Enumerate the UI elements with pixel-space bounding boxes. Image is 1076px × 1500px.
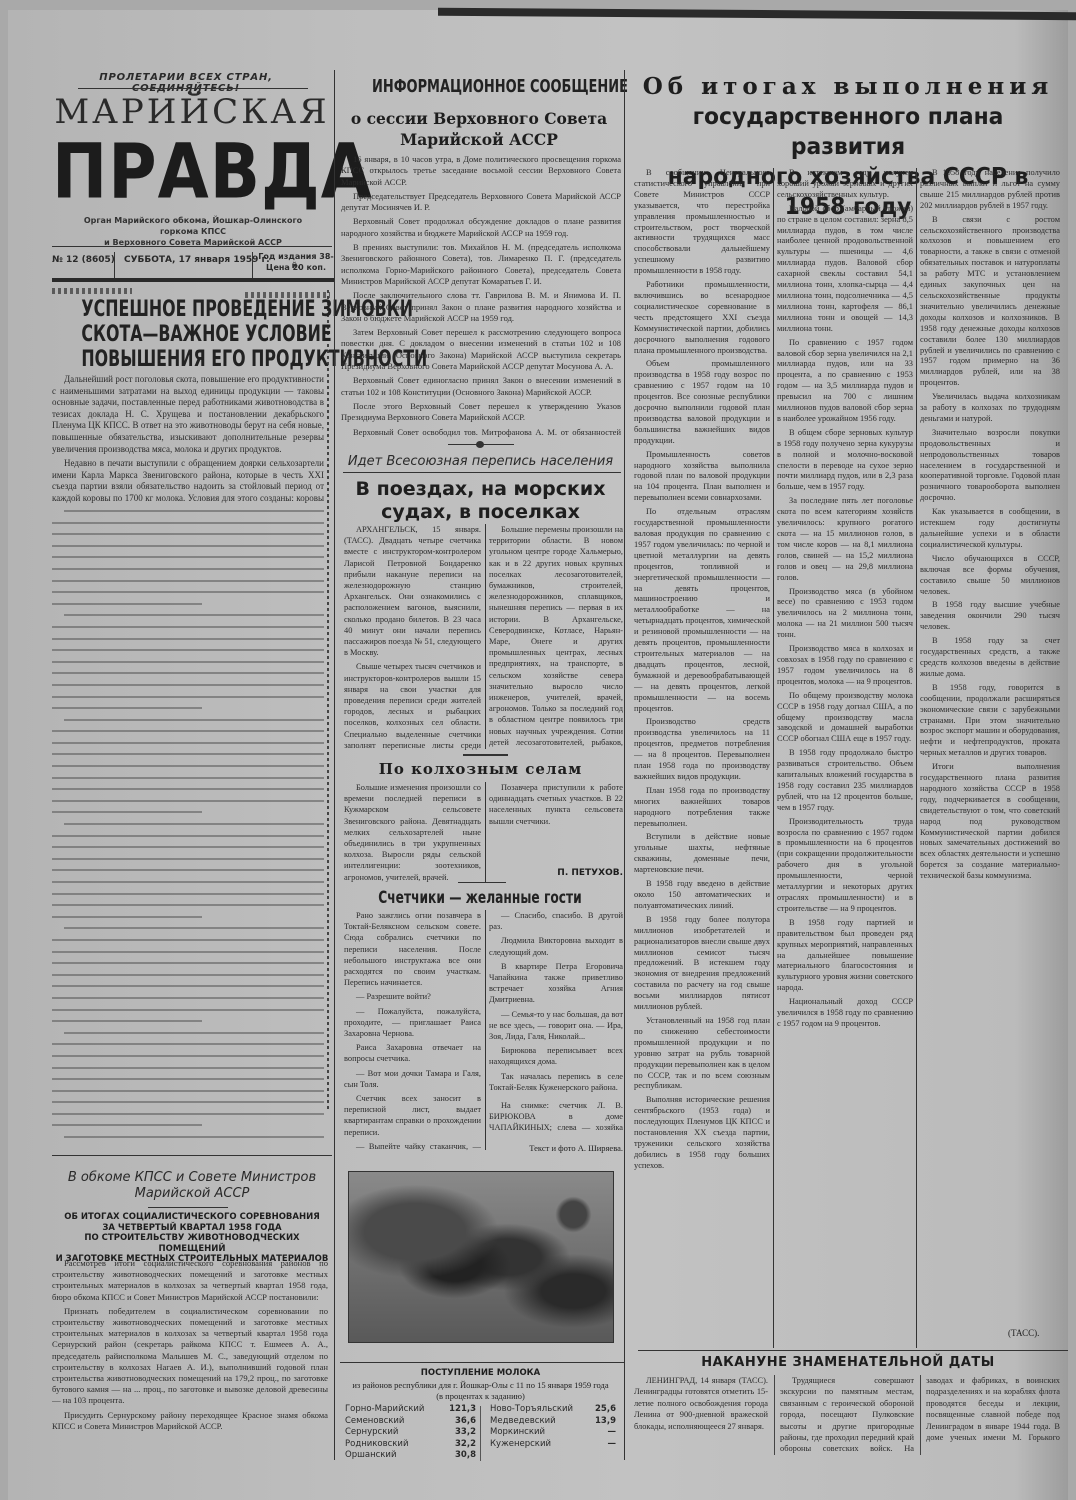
text-line: [52, 985, 324, 987]
paragraph: Трудящиеся совершают экскурсии по памятн…: [780, 1375, 1060, 1455]
text-line: [52, 603, 202, 605]
paragraph: Промышленность советов народного хозяйст…: [634, 450, 770, 505]
text-line: [52, 591, 324, 593]
milk-percent: 121,3: [442, 1404, 478, 1416]
milk-percent: 25,6: [589, 1404, 618, 1416]
issue-divider: [114, 252, 115, 278]
text-line: [52, 881, 324, 883]
census-kicker: Идет Всесоюзная перепись населения: [338, 454, 623, 469]
paragraph: Бирюкова переписывает всех находящихся д…: [489, 1045, 623, 1067]
newspaper-page: ПРОЛЕТАРИИ ВСЕХ СТРАН, СОЕДИНЯЙТЕСЬ! МАР…: [8, 10, 1068, 1500]
masthead-title-line1: МАРИЙСКАЯ: [52, 92, 332, 132]
kolkhoz-article-col1: Большие изменения произошли со времени п…: [344, 782, 481, 882]
text-line: [52, 661, 324, 663]
milk-table-row: Сернурский33,2: [343, 1427, 478, 1439]
milk-table-subtitle: из районов республики для г. Йошкар-Олы …: [338, 1380, 623, 1401]
obkom-kicker: В обкоме КПСС и Совете Министров Марийск…: [52, 1170, 332, 1202]
issue-bar-top-rule: [52, 246, 332, 247]
text-line: [52, 835, 324, 837]
milk-table-row: Моркинский—: [488, 1427, 618, 1439]
milk-table-title: ПОСТУПЛЕНИЕ МОЛОКА: [338, 1368, 623, 1378]
photo-credit: Текст и фото А. Ширяева.: [489, 1143, 623, 1153]
text-line: [52, 904, 324, 906]
plan-article-col2: В истекшем году получен хороший урожай з…: [777, 168, 913, 1348]
paragraph: Итоги выполнения государственного плана …: [920, 762, 1060, 882]
text-line: [64, 614, 324, 616]
subtitle-line: (в процентах к заданию): [338, 1391, 623, 1402]
section-rule: [340, 1362, 624, 1363]
trains-article-col1: АРХАНГЕЛЬСК, 15 января. (ТАСС). Двадцать…: [344, 524, 481, 750]
paragraph: Установленный на 1958 год план по снижен…: [634, 1016, 770, 1092]
text-line: [52, 846, 324, 848]
paragraph: В 1958 году более полутора миллионов изо…: [634, 915, 770, 1013]
session-headline-top: ИНФОРМАЦИОННОЕ СООБЩЕНИЕ: [372, 76, 588, 98]
wavy-border-vertical: [327, 290, 329, 1110]
paragraph: Число обучающихся в СССР, включая все фо…: [920, 554, 1060, 598]
livestock-headline: УСПЕШНОЕ ПРОВЕДЕНИЕ ЗИМОВКИ СКОТА—ВАЖНОЕ…: [81, 297, 304, 372]
text-line: [64, 823, 324, 825]
paragraph: Председательствует Председатель Верховно…: [341, 191, 621, 214]
headline-line: СКОТА—ВАЖНОЕ УСЛОВИЕ: [81, 322, 304, 347]
paragraph: После этого Верховный Совет перешел к ут…: [341, 401, 621, 424]
text-line: [52, 545, 324, 547]
headline-line: судах, в поселках: [338, 501, 623, 524]
district-name: Медведевский: [488, 1416, 589, 1428]
milk-percent: 13,9: [589, 1416, 618, 1428]
text-line: [52, 916, 202, 918]
district-name: Моркинский: [488, 1427, 589, 1439]
masthead-motto: ПРОЛЕТАРИИ ВСЕХ СТРАН, СОЕДИНЯЙТЕСЬ!: [56, 72, 316, 94]
district-name: Куженерский: [488, 1439, 589, 1451]
motto-rule: [78, 88, 308, 89]
paragraph: В прениях выступили: тов. Михайлов Н. М.…: [341, 242, 621, 287]
kolkhoz-headline: По колхозным селам: [338, 760, 623, 778]
paragraph: По общему производству молока СССР в 195…: [777, 691, 913, 746]
obkom-headline: ОБ ИТОГАХ СОЦИАЛИСТИЧЕСКОГО СОРЕВНОВАНИЯ…: [52, 1212, 332, 1265]
paragraph: За последние пять лет поголовье скота по…: [777, 496, 913, 583]
text-line: [64, 1032, 324, 1034]
text-line: [52, 1101, 324, 1103]
milk-percent: 30,8: [442, 1450, 478, 1462]
kolkhoz-byline: П. ПЕТУХОВ.: [548, 868, 623, 878]
paragraph: После заключительного слова тт. Гаврилов…: [341, 290, 621, 324]
paragraph: По сравнению с 1957 годом валовой сбор з…: [777, 338, 913, 425]
district-name: Горно-Марийский: [343, 1404, 442, 1416]
paragraph: 16 января, в 10 часов утра, в Доме полит…: [341, 154, 621, 188]
text-line: [52, 777, 324, 779]
headline-line: Об итогах выполнения: [628, 72, 1068, 102]
plan-article-col3: В 1958 году население получило различных…: [920, 168, 1060, 1298]
text-line: [52, 672, 324, 674]
text-line: [52, 1113, 324, 1115]
paragraph: Производительность труда возросла по сра…: [777, 817, 913, 915]
milk-table-left: Горно-Марийский121,3Семеновский36,6Серну…: [343, 1404, 478, 1462]
text-line: [52, 962, 324, 964]
paragraph: Счетчик всех заносит в переписной лист, …: [344, 1093, 481, 1138]
census-photo: [348, 1171, 614, 1343]
paragraph: — Пожалуйста, пожалуйста, проходите, — п…: [344, 1006, 481, 1040]
issue-number: № 12 (8605): [52, 255, 115, 265]
kicker-line: В обкоме КПСС и Совете Министров: [52, 1170, 332, 1186]
section-rule: [463, 754, 508, 756]
session-headline-sub: о сессии Верховного Совета Марийской АСС…: [334, 108, 624, 150]
milk-percent: 36,6: [442, 1416, 478, 1428]
headline-line: ПОВЫШЕНИЯ ЕГО ПРОДУКТИВНОСТИ: [81, 347, 304, 372]
text-line: [52, 556, 324, 558]
headline-line: о сессии Верховного Совета: [334, 108, 624, 129]
text-line: [52, 788, 324, 790]
text-line: [52, 974, 324, 976]
paragraph: — Семья-то у нас большая, да вот не все …: [489, 1009, 623, 1043]
paragraph: — Разрешите войти?: [344, 991, 481, 1002]
text-line: [64, 1136, 324, 1138]
column-divider: [334, 70, 335, 1460]
milk-table-row: Медведевский13,9: [488, 1416, 618, 1428]
column-divider: [624, 70, 625, 1460]
milk-table-row: Ново-Торъяльский25,6: [488, 1404, 618, 1416]
paragraph: Вступили в действие новые угольные шахты…: [634, 832, 770, 876]
text-line: [52, 1020, 202, 1022]
column-divider: [485, 524, 486, 749]
counters-headline: Счетчики — желанные гости: [372, 888, 588, 908]
milk-percent: 33,2: [442, 1427, 478, 1439]
headline-line: ПО СТРОИТЕЛЬСТВУ ЖИВОТНОВОДЧЕСКИХ ПОМЕЩЕ…: [52, 1233, 332, 1254]
paragraph: ЛЕНИНГРАД, 14 января (ТАСС). Ленинградцы…: [634, 1375, 768, 1432]
paragraph: В 1958 году за счет государственных сред…: [920, 636, 1060, 680]
paragraph: В 1958 году продолжало быстро развиватьс…: [777, 748, 913, 813]
section-rule: [638, 1350, 1068, 1351]
text-line: [52, 696, 324, 698]
paragraph: Людмила Викторовна выходит в следующий д…: [489, 935, 623, 957]
table-divider: [480, 1406, 481, 1461]
leningrad-article-body: ЛЕНИНГРАД, 14 января (ТАСС). Ленинградцы…: [634, 1375, 1060, 1455]
section-rule: [458, 882, 506, 883]
district-name: Семеновский: [343, 1416, 442, 1428]
text-line: [52, 638, 324, 640]
paragraph: Верховный Совет продолжал обсуждение док…: [341, 216, 621, 239]
paragraph: В истекшем году получен хороший урожай з…: [777, 168, 913, 201]
text-line: [52, 858, 324, 860]
text-line: [52, 580, 324, 582]
headline-line: государственного плана развития: [639, 102, 1057, 162]
scan-edge-shadow: [438, 8, 1076, 21]
paragraph: — Выпейте чайку стаканчик, — предлагает …: [344, 1141, 481, 1152]
column-divider: [485, 782, 486, 882]
text-line: [52, 742, 324, 744]
section-rule: [52, 1155, 332, 1156]
kicker-rule: [148, 1207, 228, 1208]
paragraph: Работники промышленности, включившись во…: [634, 280, 770, 356]
livestock-article-body: Дальнейший рост поголовья скота, повышен…: [52, 374, 324, 504]
counters-article-col1: Рано зажглись огни позавчера в Токтай-Бе…: [344, 910, 481, 1152]
column-divider: [916, 168, 917, 1348]
text-line: [52, 1124, 202, 1126]
paragraph: Большие изменения произошли со времени п…: [344, 782, 481, 882]
paragraph: Дальнейший рост поголовья скота, повышен…: [52, 374, 324, 455]
wavy-border: [52, 288, 132, 294]
session-article-body: 16 января, в 10 часов утра, в Доме полит…: [341, 154, 621, 439]
paragraph: В общем сборе зерновых культур в 1958 го…: [777, 428, 913, 493]
paragraph: Раиса Захаровна отвечает на вопросы счет…: [344, 1042, 481, 1064]
paragraph: В квартире Петра Егоровича Чапайкина так…: [489, 961, 623, 1006]
headline-line: ОБ ИТОГАХ СОЦИАЛИСТИЧЕСКОГО СОРЕВНОВАНИЯ: [52, 1212, 332, 1223]
text-line: [52, 1078, 324, 1080]
paragraph: — Спасибо, спасибо. В другой раз.: [489, 910, 623, 932]
issue-date: СУББОТА, 17 января 1959 г.: [124, 255, 270, 265]
text-line: [52, 1043, 324, 1045]
kolkhoz-article-col2: Позавчера приступили к работе одиннадцат…: [489, 782, 623, 864]
text-line: [52, 997, 324, 999]
headline-line: В поездах, на морских: [338, 478, 623, 501]
masthead-title-line2: ПРАВДА: [52, 132, 342, 213]
masthead-bottom-rule: [52, 278, 334, 282]
headline-line: ЗА ЧЕТВЕРТЫЙ КВАРТАЛ 1958 ГОДА: [52, 1223, 332, 1234]
trains-article-col2: Большие перемены произошли на территории…: [489, 524, 623, 750]
photo-caption: На снимке: счетчик Л. В. БИРЮКОВА в доме…: [489, 1100, 623, 1136]
milk-table-row: Семеновский36,6: [343, 1416, 478, 1428]
text-line: [64, 510, 324, 512]
paragraph: Рано зажглись огни позавчера в Токтай-Бе…: [344, 910, 481, 988]
milk-percent: —: [589, 1427, 618, 1439]
paragraph: Признать победителем в социалистическом …: [52, 1306, 328, 1407]
counters-article-col2: — Спасибо, спасибо. В другой раз. Людмил…: [489, 910, 623, 1110]
text-line: [52, 800, 324, 802]
paragraph: Свыше четырех тысяч счетчиков и инструкт…: [344, 661, 481, 750]
text-line: [64, 719, 324, 721]
milk-percent: 32,2: [442, 1439, 478, 1451]
district-name: Ново-Торъяльский: [488, 1404, 589, 1416]
paragraph: Значительно возросли покупки продовольст…: [920, 428, 1060, 504]
kicker-line: Марийской АССР: [52, 1186, 332, 1202]
milk-percent: —: [589, 1439, 618, 1451]
text-line: [52, 1055, 324, 1057]
paragraph: Недавно в печати выступили с обращением …: [52, 458, 324, 504]
trains-headline: В поездах, на морских судах, в поселках: [338, 478, 623, 524]
text-line: [64, 927, 324, 929]
text-line: [52, 626, 324, 628]
text-line: [52, 568, 324, 570]
paragraph: Объем промышленного производства в 1958 …: [634, 359, 770, 446]
leningrad-headline: НАКАНУНЕ ЗНАМЕНАТЕЛЬНОЙ ДАТЫ: [628, 1355, 1068, 1370]
paragraph: Производство мяса в колхозах и совхозах …: [777, 644, 913, 688]
paragraph: В связи с ростом сельскохозяйственного п…: [920, 215, 1060, 390]
text-line: [52, 684, 324, 686]
paragraph: АРХАНГЕЛЬСК, 15 января. (ТАСС). Двадцать…: [344, 524, 481, 658]
paragraph: — Вот мои дочки Тамара и Галя, сын Толя.: [344, 1068, 481, 1090]
text-line: [52, 1067, 324, 1069]
paragraph: В сообщении Центрального статистического…: [634, 168, 770, 277]
text-line: [52, 753, 324, 755]
milk-table-right: Ново-Торъяльский25,6Медведевский13,9Морк…: [488, 1404, 618, 1450]
text-line: [52, 533, 324, 535]
paragraph: Национальный доход СССР увеличился в 195…: [777, 997, 913, 1030]
paragraph: План 1958 года по производству многих ва…: [634, 786, 770, 830]
livestock-article-continued-text: [52, 510, 324, 1150]
milk-table-row: Родниковский32,2: [343, 1439, 478, 1451]
issue-divider: [252, 252, 253, 278]
text-line: [52, 951, 324, 953]
plan-sign-off: (ТАСС).: [1008, 1328, 1039, 1338]
paragraph: Присудить Сернурскому району переходящее…: [52, 1410, 328, 1432]
paragraph: В 1958 году партией и правительством был…: [777, 918, 913, 994]
milk-table-row: Оршанский30,8: [343, 1450, 478, 1462]
text-line: [52, 939, 324, 941]
paragraph: Затем Верховный Совет перешел к рассмотр…: [341, 327, 621, 372]
text-line: [52, 811, 202, 813]
census-kicker-rule: [343, 472, 621, 473]
paragraph: В 1958 году введено в действие около 150…: [634, 879, 770, 912]
milk-table-row: Куженерский—: [488, 1439, 618, 1451]
masthead-organ: Орган Марийского обкома, Йошкар-Олинског…: [68, 215, 318, 248]
paragraph: Увеличилась выдача колхозникам за работу…: [920, 392, 1060, 425]
paragraph: В 1958 году высшие учебные заведения око…: [920, 600, 1060, 633]
text-line: [52, 1009, 324, 1011]
district-name: Родниковский: [343, 1439, 442, 1451]
paragraph: Позавчера приступили к работе одиннадцат…: [489, 782, 623, 827]
paragraph: В 1958 году население получило различных…: [920, 168, 1060, 212]
headline-line: Марийской АССР: [334, 129, 624, 150]
obkom-article-body: Рассмотрев итоги социалистического сорев…: [52, 1258, 328, 1453]
issue-bar: № 12 (8605) СУББОТА, 17 января 1959 г. Г…: [52, 252, 332, 276]
paragraph: Выполняя исторические решения сентябрьск…: [634, 1095, 770, 1171]
paragraph: Верховный Совет освободил тов. Митрофано…: [341, 427, 621, 439]
paragraph: Большие перемены произошли на территории…: [489, 524, 623, 750]
plan-article-col1: В сообщении Центрального статистического…: [634, 168, 770, 1348]
paragraph: Верховный Совет единогласно принял Закон…: [341, 375, 621, 398]
column-divider: [485, 910, 486, 1150]
paragraph: Так началась перепись в селе Токтай-Беля…: [489, 1071, 623, 1093]
paragraph: По отдельным отраслям государственной пр…: [634, 507, 770, 714]
subtitle-line: из районов республики для г. Йошкар-Олы …: [338, 1380, 623, 1391]
paragraph: В 1958 году, говорится в сообщении, прод…: [920, 683, 1060, 759]
organ-line: Орган Марийского обкома, Йошкар-Олинског…: [68, 215, 318, 237]
paragraph: Как указывается в сообщении, в истекшем …: [920, 507, 1060, 551]
paragraph: Производство средств производства увелич…: [634, 717, 770, 782]
milk-table-row: Горно-Марийский121,3: [343, 1404, 478, 1416]
paragraph: Валовой сбор (амбарный урожай) по стране…: [777, 204, 913, 335]
text-line: [52, 765, 324, 767]
text-line: [52, 522, 324, 524]
text-line: [52, 893, 324, 895]
caption-text: На снимке: счетчик Л. В. БИРЮКОВА в доме…: [489, 1100, 623, 1136]
text-line: [52, 649, 324, 651]
price: Цена 20 коп.: [258, 263, 334, 272]
text-line: [52, 1090, 324, 1092]
text-line: [52, 869, 324, 871]
paragraph: Рассмотрев итоги социалистического сорев…: [52, 1258, 328, 1303]
district-name: Сернурский: [343, 1427, 442, 1439]
ornament-dot: [476, 441, 484, 448]
column-divider: [773, 168, 774, 1348]
headline-line: УСПЕШНОЕ ПРОВЕДЕНИЕ ЗИМОВКИ: [81, 297, 304, 322]
paragraph: Производство мяса (в убойном весе) по ср…: [777, 587, 913, 642]
text-line: [52, 707, 202, 709]
text-line: [52, 730, 324, 732]
district-name: Оршанский: [343, 1450, 442, 1462]
